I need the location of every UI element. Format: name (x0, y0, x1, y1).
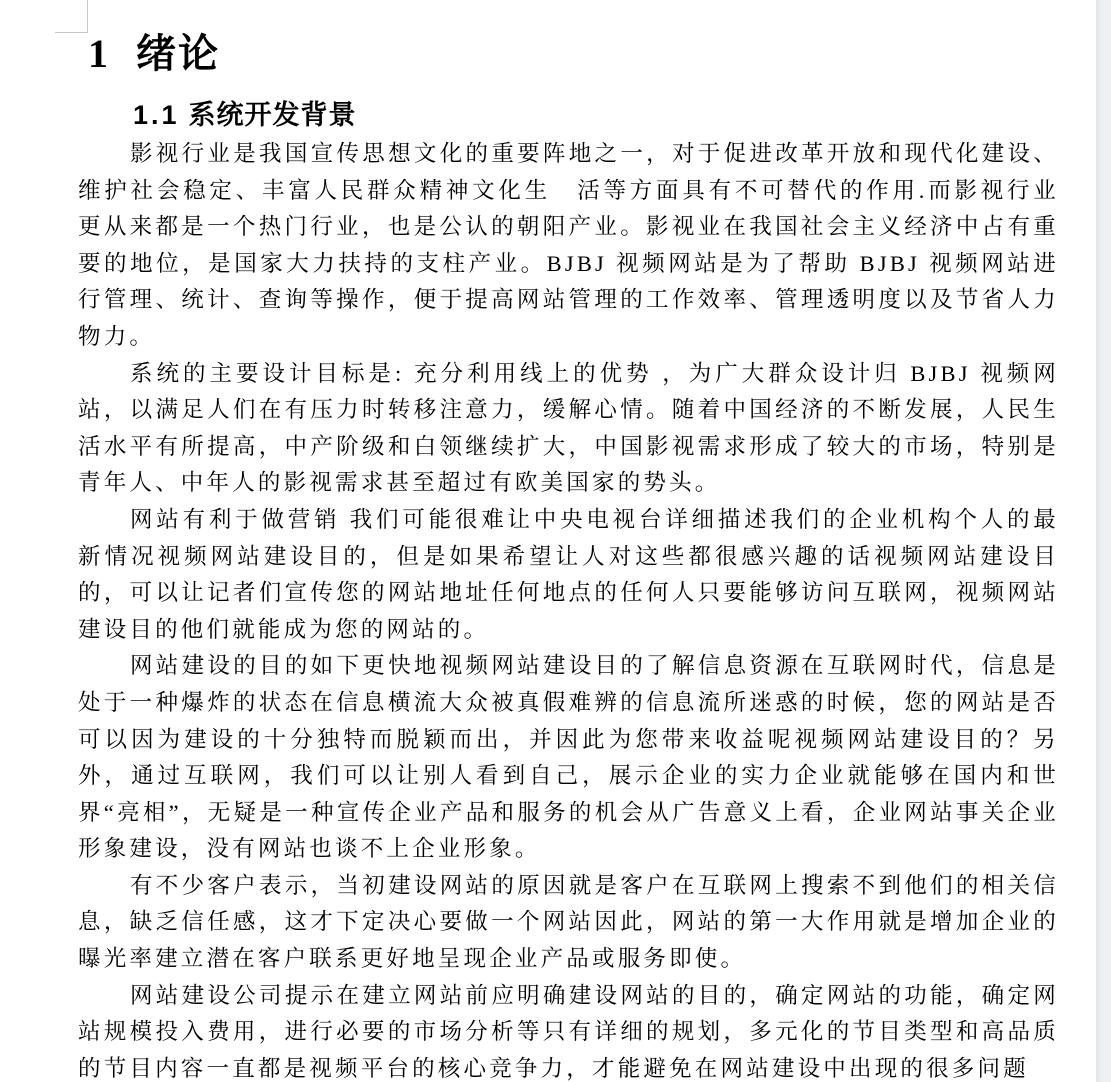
chapter-number: 1 (88, 31, 108, 76)
paragraph: 网站建设的目的如下更快地视频网站建设目的了解信息资源在互联网时代，信息是处于一种… (78, 648, 1059, 868)
paragraph: 网站建设公司提示在建立网站前应明确建设网站的目的，确定网站的功能，确定网站规模投… (78, 978, 1059, 1082)
paragraph: 有不少客户表示，当初建设网站的原因就是客户在互联网上搜索不到他们的相关信息，缺乏… (78, 868, 1059, 978)
document-page: 1绪论 1.1系统开发背景 影视行业是我国宣传思想文化的重要阵地之一，对于促进改… (0, 0, 1111, 1082)
section-number: 1.1 (133, 100, 180, 130)
body-text: 影视行业是我国宣传思想文化的重要阵地之一，对于促进改革开放和现代化建设、维护社会… (78, 136, 1059, 1082)
paragraph: 网站有利于做营销 我们可能很难让中央电视台详细描述我们的企业机构个人的最新情况视… (78, 502, 1059, 648)
section-title: 系统开发背景 (189, 100, 357, 130)
chapter-title: 绪论 (136, 32, 220, 76)
section-heading: 1.1系统开发背景 (133, 98, 1059, 132)
chapter-heading: 1绪论 (88, 28, 1059, 80)
scrollbar-track[interactable] (1096, 0, 1111, 1082)
paragraph: 系统的主要设计目标是: 充分利用线上的优势 ，为广大群众设计归 BJBJ 视频网… (78, 356, 1059, 502)
document-content: 1绪论 1.1系统开发背景 影视行业是我国宣传思想文化的重要阵地之一，对于促进改… (78, 0, 1059, 1082)
paragraph: 影视行业是我国宣传思想文化的重要阵地之一，对于促进改革开放和现代化建设、维护社会… (78, 136, 1059, 356)
